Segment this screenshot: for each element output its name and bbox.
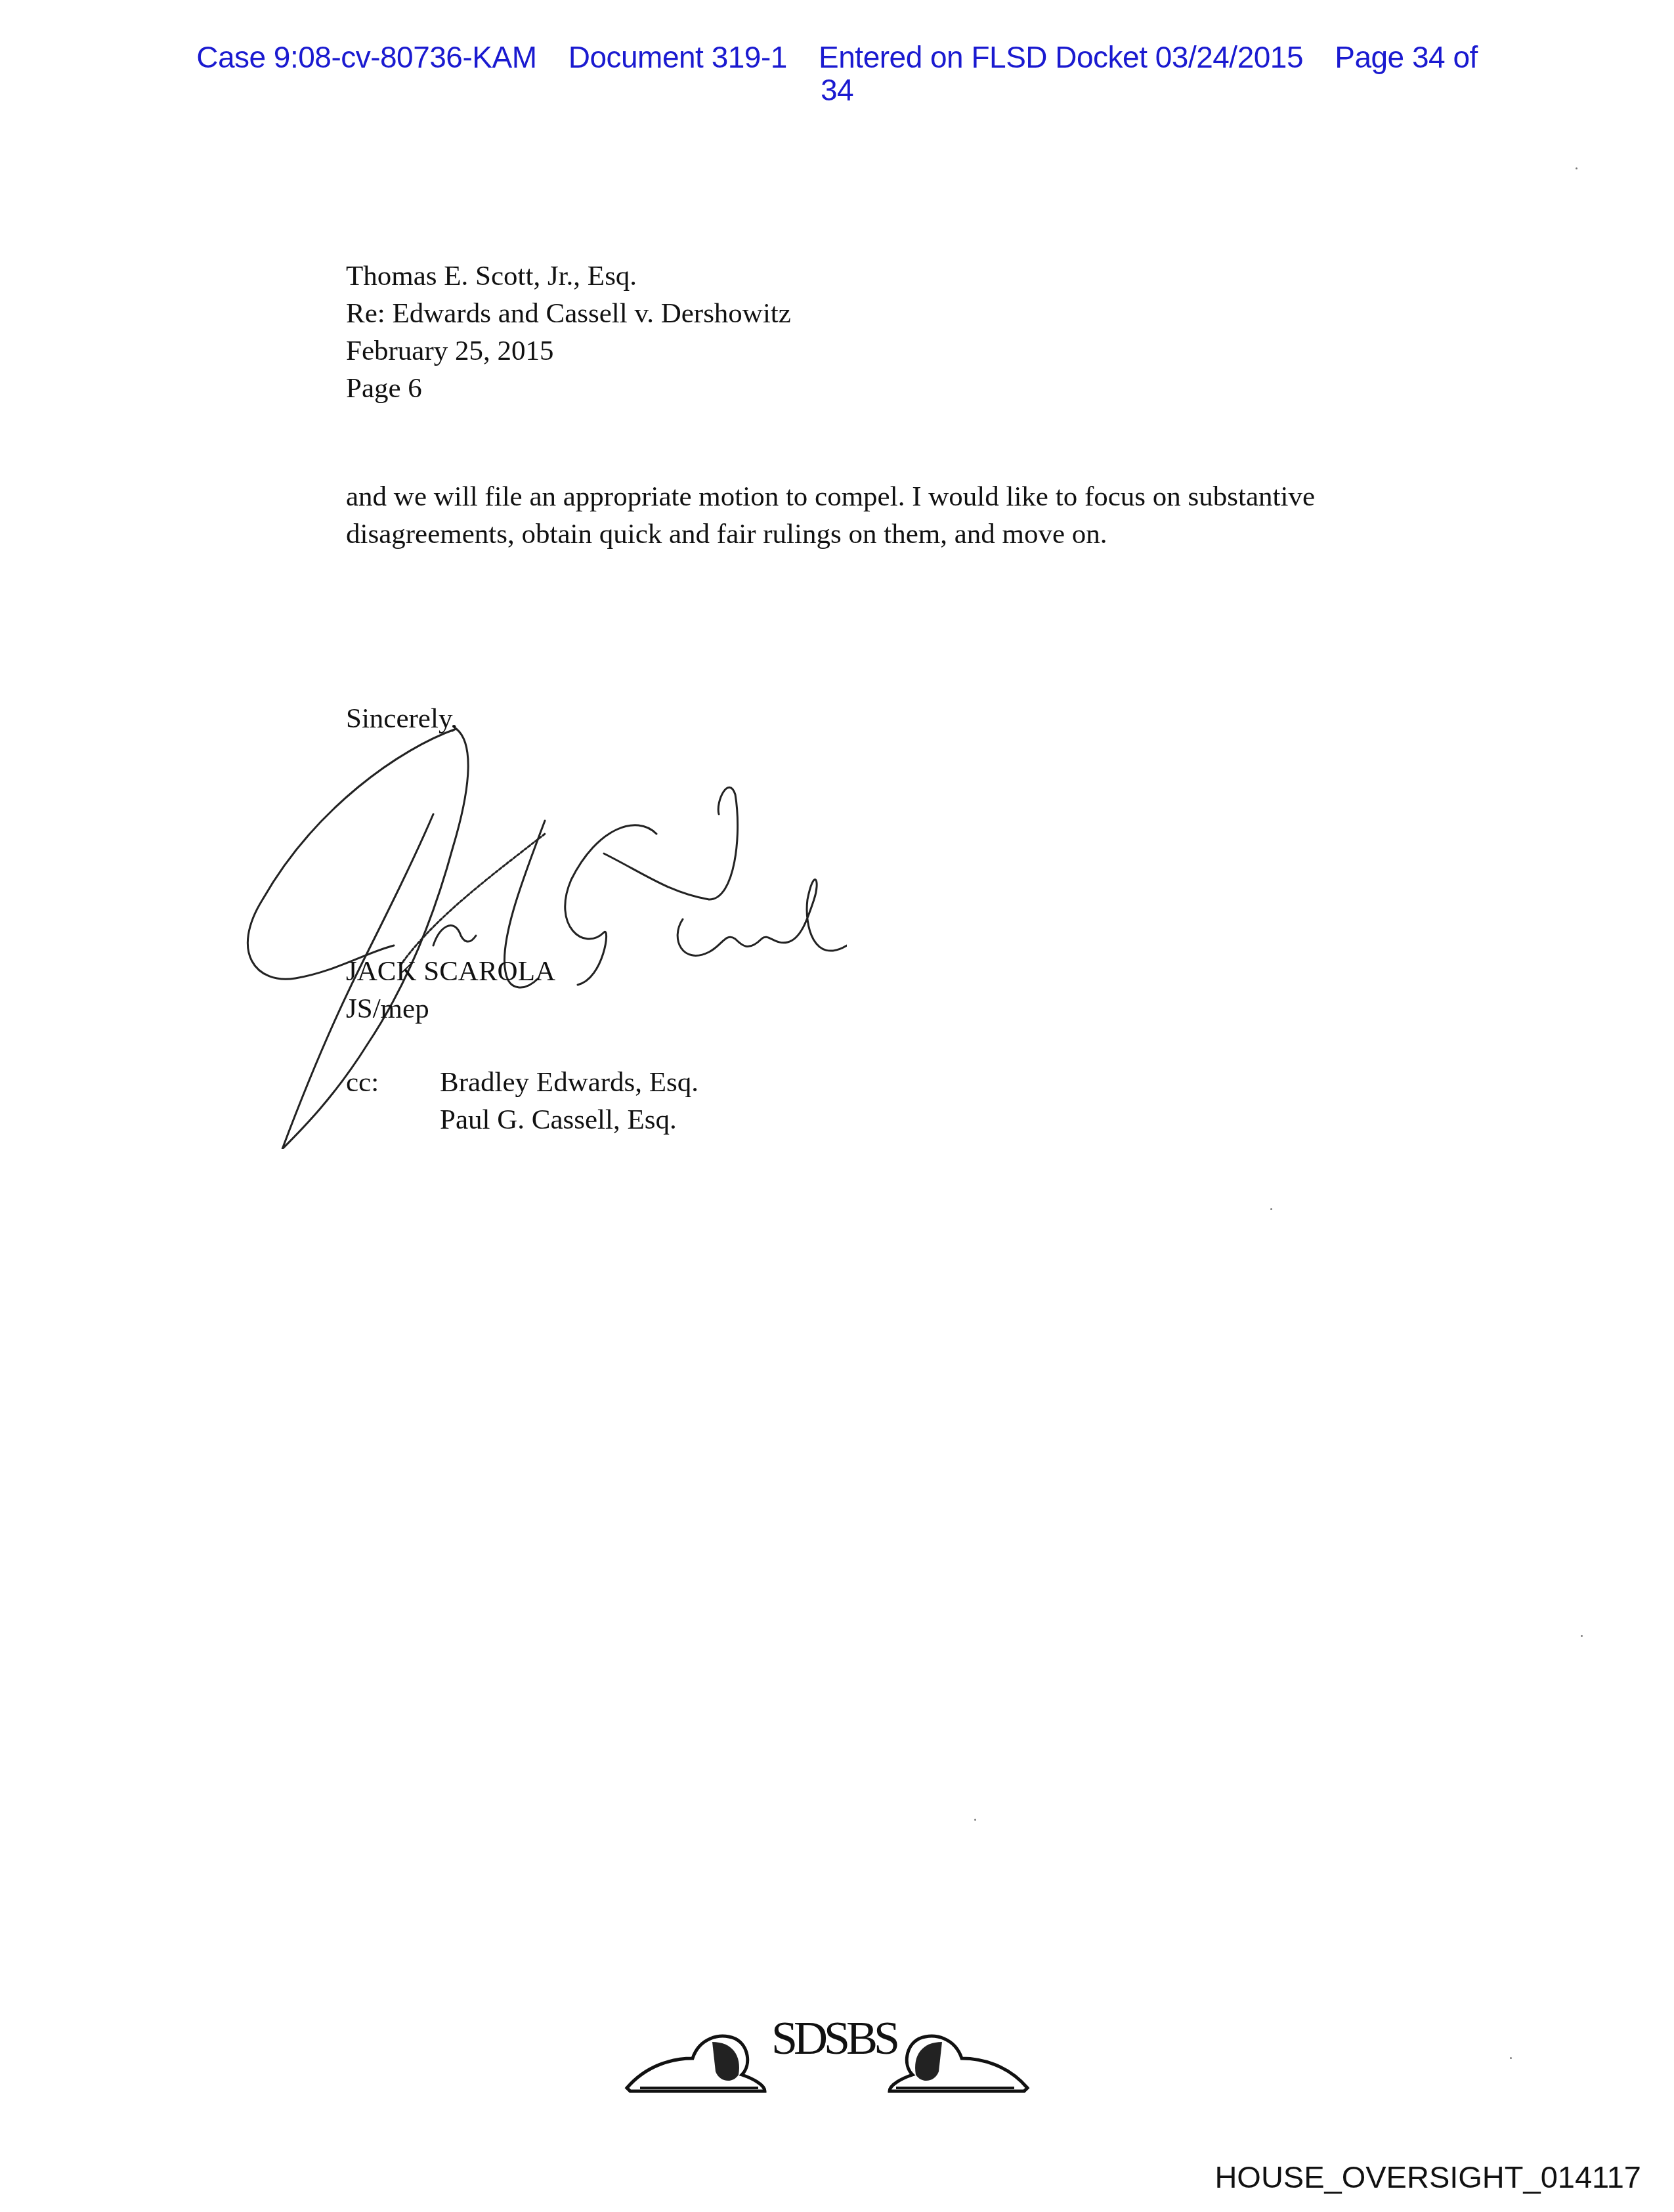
cc-recipient: Paul G. Cassell, Esq.	[440, 1101, 698, 1139]
recipient-header: Thomas E. Scott, Jr., Esq. Re: Edwards a…	[346, 257, 791, 407]
lion-crest-icon-right	[883, 2026, 1034, 2098]
scan-speck	[1576, 167, 1577, 169]
cc-label: cc:	[346, 1064, 379, 1101]
lion-crest-icon-left	[620, 2026, 771, 2098]
body-line: and we will file an appropriate motion t…	[346, 478, 1475, 515]
court-filing-stamp: Case 9:08-cv-80736-KAM Document 319-1 En…	[0, 41, 1674, 74]
document-number: Document 319-1	[569, 40, 787, 74]
cc-list: Bradley Edwards, Esq. Paul G. Cassell, E…	[440, 1064, 698, 1139]
signer-name: JACK SCAROLA	[346, 953, 555, 990]
page-indicator: Page 34 of	[1335, 40, 1478, 74]
scan-speck	[1510, 2057, 1512, 2059]
firm-monogram: SDSBS	[771, 2011, 896, 2066]
letter-date: February 25, 2015	[346, 332, 791, 370]
scan-speck	[1581, 1635, 1583, 1637]
scan-speck	[1270, 1208, 1272, 1210]
signature-block: JACK SCAROLA JS/mep	[346, 953, 555, 1028]
recipient-name: Thomas E. Scott, Jr., Esq.	[346, 257, 791, 295]
bates-number: HOUSE_OVERSIGHT_014117	[1214, 2159, 1641, 2195]
entered-date: Entered on FLSD Docket 03/24/2015	[819, 40, 1303, 74]
scan-speck	[974, 1819, 976, 1821]
re-line: Re: Edwards and Cassell v. Dershowitz	[346, 295, 791, 332]
firm-logo: SDSBS	[620, 1999, 1034, 2098]
case-number: Case 9:08-cv-80736-KAM	[196, 40, 536, 74]
cc-recipient: Bradley Edwards, Esq.	[440, 1064, 698, 1101]
body-line: disagreements, obtain quick and fair rul…	[346, 515, 1475, 553]
letter-body: and we will file an appropriate motion t…	[346, 478, 1475, 553]
page-total: 34	[0, 74, 1674, 106]
letter-page-number: Page 6	[346, 370, 791, 407]
typist-initials: JS/mep	[346, 990, 555, 1028]
